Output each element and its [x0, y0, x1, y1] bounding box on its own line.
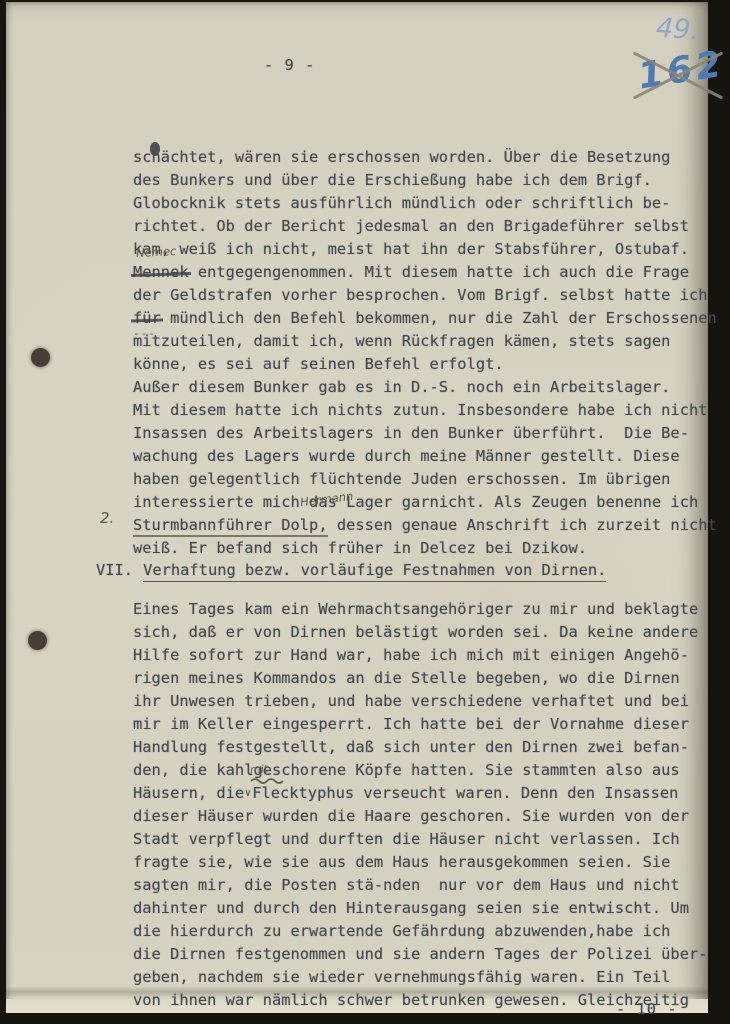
typed-line: die Dirnen festgenommen und sie andern T… — [133, 943, 708, 966]
page-number-bottom: - 10 - — [616, 998, 678, 1021]
scanned-document-page: - 9 - 49. 162 schächtet, wären sie ersch… — [0, 0, 730, 1024]
typed-line: Insassen des Arbeitslagers in den Bunker… — [133, 422, 717, 445]
section-heading: VII. Verhaftung bezw. vorläufige Festnah… — [96, 561, 606, 582]
typed-line: den, die kahlgeschorene Köpfe hatten. Si… — [133, 759, 708, 782]
typed-line: ihr Unwesen trieben, und habe verschiede… — [133, 690, 708, 713]
page-number-top: - 9 - — [264, 54, 315, 77]
typed-line-text: entgegengenommen. Mit diesem hatte ich a… — [189, 263, 689, 281]
typed-line: mir im Keller eingesperrt. Ich hatte bei… — [133, 713, 708, 736]
section-numeral: VII. — [96, 561, 133, 582]
hole-punch-bottom — [28, 631, 47, 650]
typed-line: weiß. Er befand sich früher in Delcez be… — [133, 537, 717, 560]
typed-line: wachung des Lagers wurde durch meine Män… — [133, 445, 717, 468]
typed-line-text: Häusern, die — [133, 784, 244, 802]
typed-line: Hilfe sofort zur Hand war, habe ich mich… — [133, 644, 708, 667]
handwritten-annotation-nemec: Nemec — [136, 244, 177, 260]
typed-line: die hierdurch zu erwartende Gefährdung a… — [133, 920, 708, 943]
paragraph-block-1: schächtet, wären sie erschossen worden. … — [133, 146, 717, 560]
typed-line: sagten mir, die Posten stä-nden nur vor … — [133, 874, 708, 897]
section-title: Verhaftung bezw. vorläufige Festnahmen v… — [143, 561, 606, 582]
typed-line: interessierte mich das Lager garnicht. A… — [133, 491, 717, 514]
paragraph-block-2: Eines Tages kam ein Wehrmachtsangehörige… — [133, 598, 708, 1012]
typed-line: Globocknik stets ausführlich mündlich od… — [133, 192, 717, 215]
typed-line-text: dessen genaue Anschrift ich zurzeit nich… — [328, 516, 717, 534]
typed-line: Handlung festgestellt, daß sich unter de… — [133, 736, 708, 759]
typed-line: schächtet, wären sie erschossen worden. … — [133, 146, 717, 169]
typed-line: Außer diesem Bunker gab es in D.-S. noch… — [133, 376, 717, 399]
typed-line: dieser Häuser wurden die Haare geschoren… — [133, 805, 708, 828]
strike-dashes-mark: --- — [133, 322, 156, 345]
typed-line: fragte sie, wie sie aus dem Haus herausg… — [133, 851, 708, 874]
typed-line: Stadt verpflegt und durften die Häuser n… — [133, 828, 708, 851]
typed-line: rigen meines Kommandos an die Stelle beg… — [133, 667, 708, 690]
typed-line: kam, weiß ich nicht, meist hat ihn der S… — [133, 238, 717, 261]
typed-line: Mennek entgegengenommen. Mit diesem hatt… — [133, 261, 717, 284]
struck-word-mennek: Mennek — [133, 261, 189, 284]
insert-caret-mark — [244, 788, 252, 798]
handwritten-insert-mit: mit — [250, 762, 269, 776]
typed-line: könne, es sei auf seinen Befehl erfolgt. — [133, 353, 717, 376]
typed-line: Sturmbannführer Dolp, dessen genaue Ansc… — [133, 514, 717, 537]
typed-line-text: Flecktyphus verseucht waren. Denn den In… — [252, 784, 678, 802]
hole-punch-top — [31, 348, 50, 367]
typed-line: für mündlich den Befehl bekommen, nur di… — [133, 307, 717, 330]
typed-line: haben gelegentlich flüchtende Juden ersc… — [133, 468, 717, 491]
typed-line: Häusern, dieFlecktyphus verseucht waren.… — [133, 782, 708, 805]
typed-line: mitzuteilen, damit ich, wenn Rückfragen … — [133, 330, 717, 353]
typed-line: Eines Tages kam ein Wehrmachtsangehörige… — [133, 598, 708, 621]
typed-line: der Geldstrafen vorher besprochen. Vom B… — [133, 284, 717, 307]
underlined-witness-name: Sturmbannführer Dolp, — [133, 516, 328, 537]
margin-witness-number: 2. — [100, 509, 114, 527]
typed-line: geben, nachdem sie wieder vernehmungsfäh… — [133, 966, 708, 989]
typed-line: des Bunkers und über die Erschießung hab… — [133, 169, 717, 192]
typed-line: Mit diesem hatte ich nichts zutun. Insbe… — [133, 399, 717, 422]
typed-line: dahinter und durch den Hinterausgang sei… — [133, 897, 708, 920]
typed-line-text: mündlich den Befehl bekommen, nur die Za… — [161, 309, 717, 327]
typed-line: sich, daß er von Dirnen belästigt worden… — [133, 621, 708, 644]
folio-number-handwritten: 49. — [655, 13, 700, 47]
pencil-squiggle-mark — [250, 777, 284, 784]
typed-line: richtet. Ob der Bericht jedesmal an den … — [133, 215, 717, 238]
